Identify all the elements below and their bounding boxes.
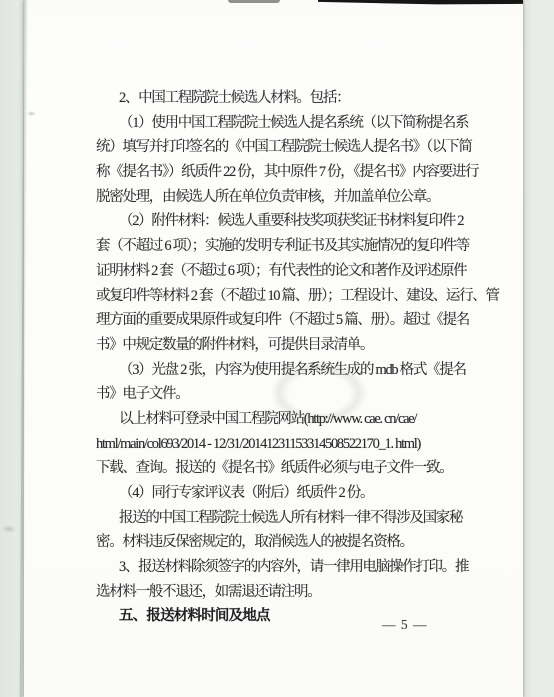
scan-noise-dot — [2, 525, 16, 533]
scanned-document-page: 2、中国工程院院士候选人材料。包括：（1）使用中国工程院院士候选人提名系统（以下… — [0, 0, 554, 697]
text-line: 书》电子文件。 — [96, 382, 482, 407]
text-line: （3）光盘 2 张，内容为使用提名系统生成的 mdb 格式《提名 — [96, 358, 482, 383]
paper-page: 2、中国工程院院士候选人材料。包括：（1）使用中国工程院院士候选人提名系统（以下… — [24, 0, 523, 697]
text-line: 或复印件等材料 2 套（不超过 10 篇、册）；工程设计、建设、运行、管 — [96, 284, 482, 309]
text-line: 书》中规定数量的附件材料，可提供目录清单。 — [96, 333, 482, 358]
scan-smudge-artifact — [228, 0, 280, 3]
page-number: — 5 — — [382, 617, 428, 633]
text-line: （4）同行专家评议表（附后）纸质件 2 份。 — [96, 481, 482, 506]
scanner-margin-right — [523, 0, 554, 697]
text-line: 理方面的重要成果原件或复印件（不超过 5 篇、册）。超过《提名 — [96, 308, 482, 333]
text-line: 统）填写并打印签名的《中国工程院院士候选人提名书》（以下简 — [96, 135, 482, 160]
text-line: 3、报送材料除须签字的内容外，请一律用电脑操作打印。推 — [96, 555, 482, 580]
text-line: 证明材料 2 套（不超过 6 项）；有代表性的论文和著作及评述原件 — [96, 259, 482, 284]
text-line: （2）附件材料：候选人重要科技奖项获奖证书材料复印件 2 — [96, 209, 482, 234]
text-line: （1）使用中国工程院院士候选人提名系统（以下简称提名系 — [96, 111, 482, 136]
text-block: 2、中国工程院院士候选人材料。包括：（1）使用中国工程院院士候选人提名系统（以下… — [96, 86, 482, 629]
scan-noise-dot — [27, 111, 36, 116]
text-line: 报送的中国工程院院士候选人所有材料一律不得涉及国家秘 — [96, 506, 482, 531]
text-line: 选材料一般不退还，如需退还请注明。 — [96, 580, 482, 605]
text-line: html/main/col693/2014 - 12/31/2014123115… — [96, 432, 482, 457]
text-line: 2、中国工程院院士候选人材料。包括： — [96, 86, 482, 111]
text-line: 以上材料可登录中国工程院网站(http://www. cae. cn/cae/ — [96, 407, 482, 432]
text-line: 称《提名书》）纸质件 22 份，其中原件 7 份，《提名书》内容要进行 — [96, 160, 482, 185]
text-line: 套（不超过 6 项）；实施的发明专利证书及其实施情况的复印件等 — [96, 234, 482, 259]
text-line: 脱密处理，由候选人所在单位负责审核，并加盖单位公章。 — [96, 185, 482, 210]
text-line: 密。材料违反保密规定的，取消候选人的被提名资格。 — [96, 530, 482, 555]
text-line: 下载、查询。报送的《提名书》纸质件必须与电子文件一致。 — [96, 456, 482, 481]
